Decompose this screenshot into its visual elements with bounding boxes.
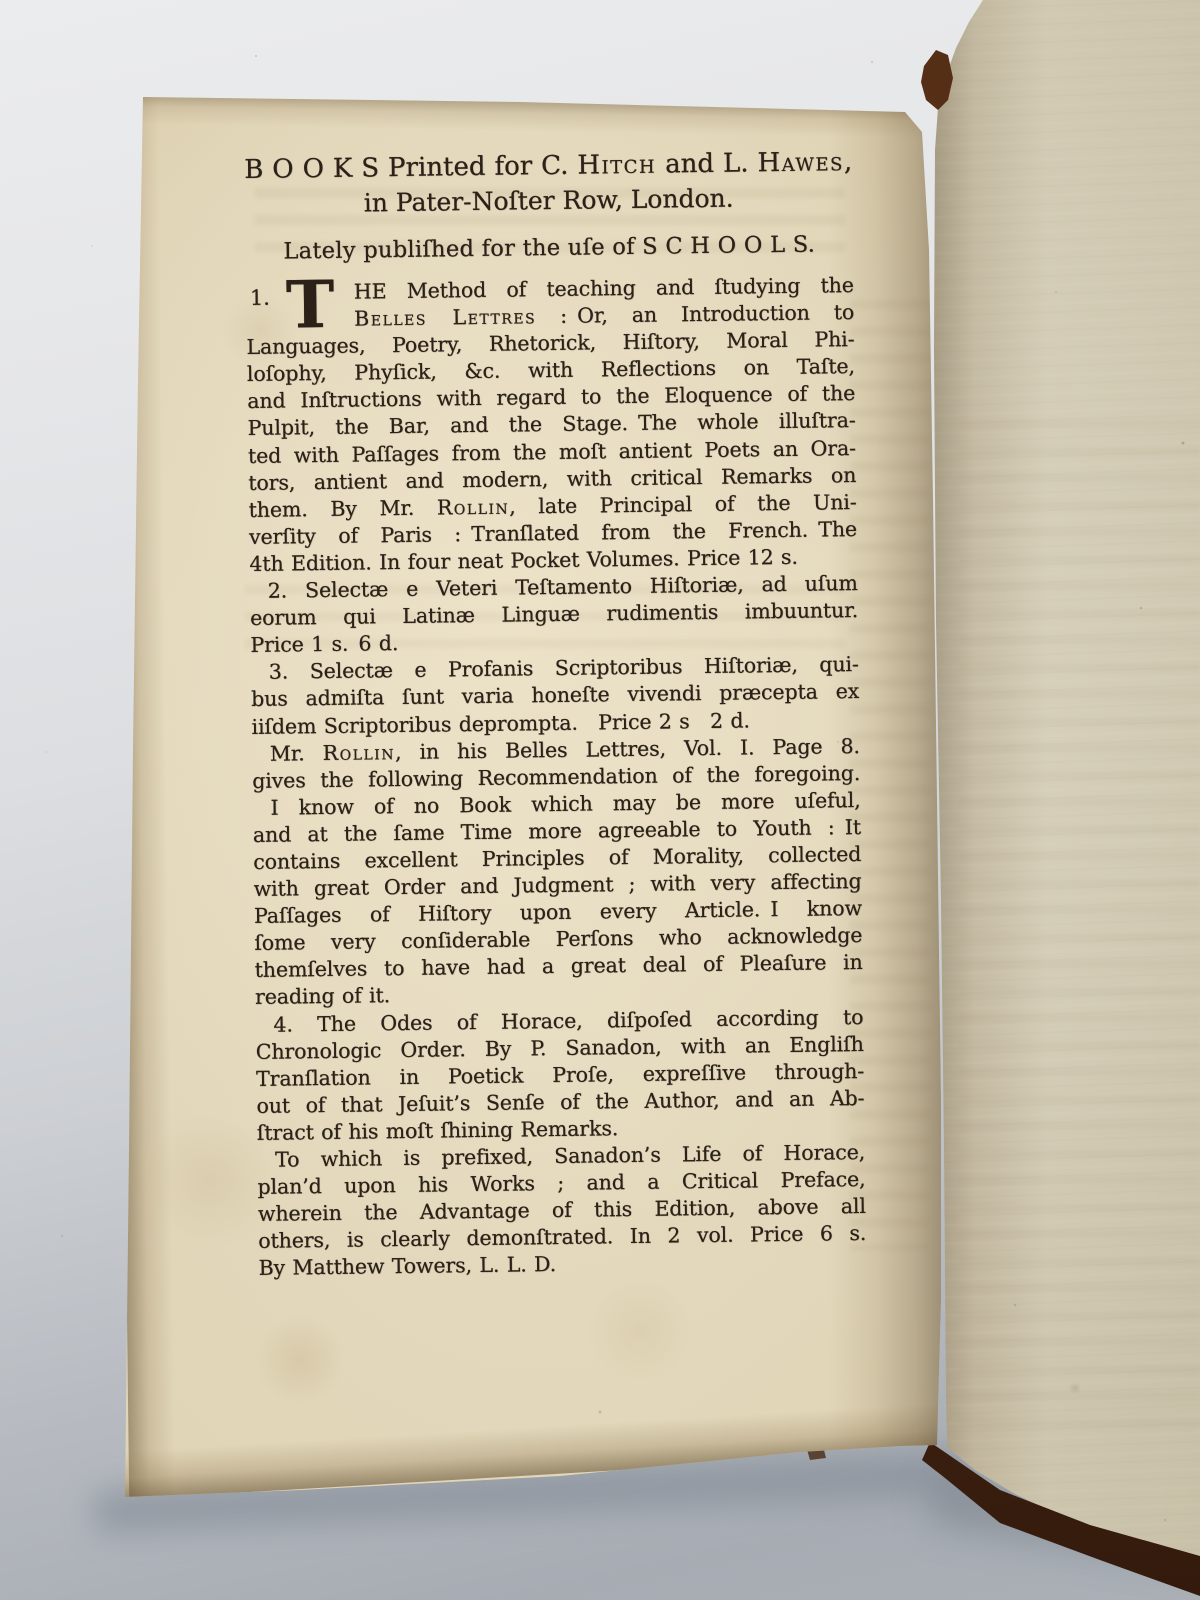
small-caps-text: Belles Lettres	[354, 304, 536, 330]
text-segment: reading of it.	[255, 984, 390, 1010]
text-segment: Lately publiſhed for the uſe of S C H O …	[283, 232, 815, 265]
page-text: B O O K S Printed for C. Hitch and L. Ha…	[244, 144, 867, 1282]
text-segment: iiſdem Scriptoribus deprompta. Price 2 s…	[251, 708, 750, 739]
text-segment: B O O K S Printed for C.	[244, 151, 578, 185]
small-caps-text: Rollin	[323, 740, 396, 765]
small-caps-text: Hitch	[577, 150, 656, 181]
text-segment: bus admiſta ſunt varia honeſte vivendi p…	[251, 679, 859, 711]
text-segment: ſtract of his moſt ſhining Remarks.	[257, 1116, 619, 1145]
small-caps-text: Hawes	[757, 147, 844, 178]
text-segment: and L.	[656, 148, 758, 179]
text-segment: them. By Mr.	[249, 495, 438, 521]
text-segment: By Matthew Towers, L. L. D.	[258, 1252, 556, 1280]
text-segment: , late Principal of the Uni-	[509, 490, 857, 519]
text-segment: ,	[844, 147, 853, 177]
book-photo: B O O K S Printed for C. Hitch and L. Ha…	[0, 0, 1200, 1600]
subtitle: Lately publiſhed for the uſe of S C H O …	[245, 228, 853, 268]
small-caps-text: Rollin	[437, 494, 510, 519]
text-segment: , in his Belles Lettres, Vol. I. Page 8.	[395, 734, 860, 764]
text-segment: : Or, an Introduction to	[536, 300, 854, 328]
text-segment: HE Method of teaching and ſtudying the	[354, 273, 854, 304]
drop-cap-letter: T	[286, 276, 335, 335]
item-number: 1.	[250, 285, 270, 312]
text-segment: Mr.	[270, 741, 323, 766]
text-segment: in Pater-Noſter Row, London.	[364, 184, 734, 218]
body-column: 1. T HE Method of teaching and ſtudying …	[246, 272, 867, 1282]
text-segment: Price 1 s. 6 d.	[250, 631, 398, 657]
